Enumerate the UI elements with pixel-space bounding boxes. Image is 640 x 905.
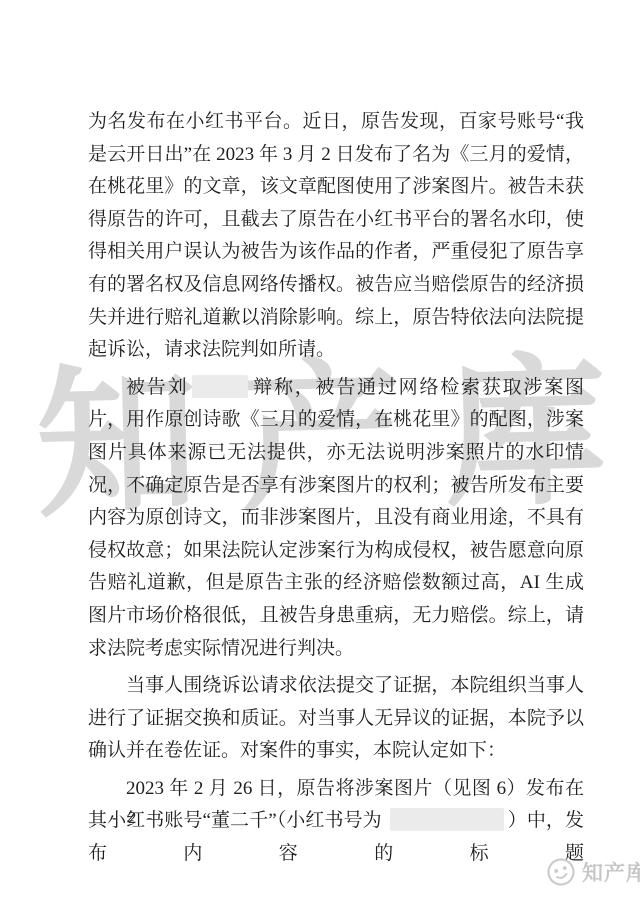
court-finding-paragraph: 2023 年 2 月 26 日，原告将涉案图片（见图 6）发布在其小红书账号“董… <box>88 773 584 871</box>
judgment-body-text: 为名发布在小红书平台。近日，原告发现，百家号账号“我是云开日出”在 2023 年… <box>88 106 584 871</box>
plaintiff-claim-paragraph: 为名发布在小红书平台。近日，原告发现，百家号账号“我是云开日出”在 2023 年… <box>88 106 584 367</box>
evidence-exchange-paragraph: 当事人围绕诉讼请求依法提交了证据，本院组织当事人进行了证据交换和质证。对当事人无… <box>88 670 584 768</box>
iphouse-brand-text: 知产库 <box>582 857 640 887</box>
paragraph-text: 被告刘 <box>126 377 188 398</box>
redacted-defendant-name-box <box>192 375 248 398</box>
paragraph-text: 辩称，被告通过网络检索获取涉案图片，用作原创诗歌《三月的爱情，在桃花里》的配图，… <box>88 377 584 659</box>
paragraph-text: 为名发布在小红书平台。近日，原告发现，百家号账号“我是云开日出”在 2023 年… <box>88 111 584 360</box>
redacted-account-id-box <box>390 808 504 831</box>
scanned-judgment-page: 知产库 为名发布在小红书平台。近日，原告发现，百家号账号“我是云开日出”在 20… <box>0 0 640 905</box>
paragraph-text: 当事人围绕诉讼请求依法提交了证据，本院组织当事人进行了证据交换和质证。对当事人无… <box>88 675 584 761</box>
defendant-defense-paragraph: 被告刘辩称，被告通过网络检索获取涉案图片，用作原创诗歌《三月的爱情，在桃花里》的… <box>88 372 584 665</box>
iphouse-face-logo-icon <box>546 857 576 887</box>
iphouse-brand-mark: 知产库 <box>546 857 640 887</box>
page-number: - 2 - <box>112 808 155 828</box>
